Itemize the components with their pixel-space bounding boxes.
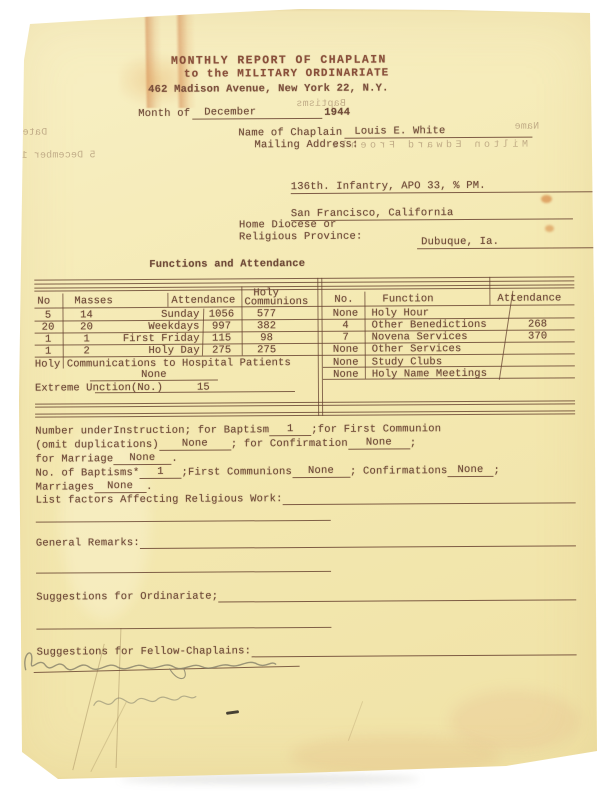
- report-address: 462 Madison Avenue, New York 22, N.Y.: [148, 82, 389, 95]
- baptisms-count-value: 1: [139, 466, 181, 479]
- cell-attendance: 268: [518, 318, 558, 330]
- instruction-text: .: [171, 453, 178, 465]
- ordinariate-label: Suggestions for Ordinariate;: [36, 591, 218, 604]
- cell-no: 20: [35, 321, 62, 333]
- table-vline: [489, 277, 490, 305]
- cell-no: 7: [327, 332, 365, 344]
- bleedthrough-date-label: Date: [22, 128, 47, 140]
- cell-function: Other Benedictions: [372, 319, 487, 332]
- cell-attendance: 370: [518, 330, 558, 342]
- diocese-value-line: Dubuque, Ia.: [365, 223, 601, 261]
- cell-masses: 2: [71, 345, 103, 357]
- table-divider: [321, 278, 323, 416]
- cell-communions: 382: [245, 320, 289, 332]
- year-value: 1944: [324, 107, 350, 119]
- cell-attendance: 275: [204, 344, 240, 356]
- instruction-text: No. of Baptisms*: [35, 467, 139, 480]
- first-communions-count-value: None: [292, 465, 350, 478]
- table-vline: [167, 293, 168, 307]
- general-remarks-blank-line: [140, 545, 576, 549]
- cell-masses: 14: [70, 309, 102, 321]
- signature-word-stroke: [94, 696, 196, 705]
- marriages-count-value: None: [94, 480, 146, 493]
- ordinariate-blank-line: [218, 599, 576, 602]
- cell-function: Holy Hour: [371, 307, 429, 319]
- bleedthrough-date-value: 5 December 1944: [2, 150, 95, 163]
- instruction-text: ; Confirmations: [350, 465, 448, 478]
- cell-function: Novena Services: [372, 331, 468, 344]
- extreme-unction-value: 15: [197, 382, 210, 394]
- instruction-text: Marriages: [36, 481, 95, 493]
- instruction-block: Number underInstruction; for Baptism 1 ;…: [35, 421, 580, 506]
- scanned-document: MONTHLY REPORT OF CHAPLAIN to the MILITA…: [0, 0, 610, 791]
- factors-line: List factors Affecting Religious Work:: [36, 491, 576, 506]
- cell-no: 5: [34, 309, 61, 321]
- factors-blank-line: [283, 502, 576, 505]
- cell-masses: 1: [71, 333, 103, 345]
- month-value: December: [192, 106, 322, 120]
- cell-attendance: 1056: [203, 308, 239, 320]
- col-header: Function: [382, 293, 433, 305]
- cell-function: Other Services: [372, 343, 462, 356]
- diocese-value: Dubuque, Ia.: [417, 235, 601, 249]
- general-remarks-line: General Remarks:: [36, 534, 576, 549]
- cell-function: Holy Name Meetings: [372, 368, 487, 381]
- cell-no: None: [327, 344, 365, 356]
- cell-communions: 98: [245, 332, 289, 344]
- report-title-line2: to the MILITARY ORDINARIATE: [184, 67, 389, 80]
- chaplain-name-label: Name of Chaplain: [238, 127, 342, 140]
- cell-attendance: 997: [204, 320, 240, 332]
- month-label: Month of: [138, 108, 190, 120]
- baptism-under-instruction-value: 1: [269, 423, 311, 436]
- diocese-label-line2: Religious Province:: [239, 231, 363, 244]
- hospital-communions-value: None: [90, 369, 218, 382]
- col-header: Attendance: [497, 292, 561, 304]
- cell-no: None: [326, 308, 364, 320]
- instruction-text: ;First Communions: [181, 466, 292, 479]
- signature-stroke: [25, 651, 276, 670]
- instruction-text: Number underInstruction; for Baptism: [35, 424, 269, 437]
- instruction-text: ;: [410, 437, 417, 449]
- ordinariate-line: Suggestions for Ordinariate;: [36, 588, 576, 603]
- cell-communions: 577: [244, 308, 288, 320]
- cell-no: None: [327, 357, 365, 369]
- col-header: No.: [334, 294, 353, 306]
- attendance-section-title: Functions and Attendance: [149, 258, 305, 271]
- chaplain-name-line: Name of Chaplain Louis E. White: [238, 125, 532, 140]
- cell-no: 1: [35, 333, 62, 345]
- instruction-text: ; for Confirmation: [231, 438, 348, 451]
- paper: MONTHLY REPORT OF CHAPLAIN to the MILITA…: [0, 0, 610, 791]
- attendance-table: No Masses Attendance Holy Communions No.…: [34, 273, 575, 422]
- cell-day: Weekdays: [105, 321, 200, 334]
- diocese-label-line1: Home Diocese or: [239, 219, 337, 232]
- cell-attendance: 115: [204, 332, 240, 344]
- month-line: Month of December 1944: [138, 106, 350, 120]
- first-communion-under-instruction-value: None: [159, 437, 231, 450]
- general-remarks-label: General Remarks:: [36, 537, 140, 550]
- cell-communions: 275: [245, 344, 289, 356]
- marriage-under-instruction-value: None: [113, 452, 171, 465]
- instruction-text: (omit duplications): [35, 439, 159, 452]
- table-divider: [317, 278, 319, 416]
- factors-label: List factors Affecting Religious Work:: [36, 493, 283, 507]
- col-header: Communions: [244, 296, 308, 308]
- signature-bleedthrough: [20, 642, 311, 734]
- section-rule: [36, 627, 331, 630]
- typed-content: MONTHLY REPORT OF CHAPLAIN to the MILITA…: [0, 0, 610, 791]
- cell-function: Study Clubs: [372, 356, 442, 368]
- cell-masses: 20: [71, 321, 103, 333]
- cell-no: 1: [35, 345, 62, 357]
- section-rule: [36, 520, 331, 523]
- col-header: Masses: [74, 295, 112, 307]
- col-header: Attendance: [171, 294, 235, 306]
- instruction-text: for Marriage: [35, 453, 113, 465]
- cell-day: Sunday: [104, 309, 199, 322]
- confirmation-under-instruction-value: None: [348, 436, 410, 449]
- instruction-text: ;for First Communion: [311, 423, 441, 436]
- signature-stroke: [170, 669, 186, 679]
- confirmations-count-value: None: [448, 464, 494, 477]
- cell-day: Holy Day: [105, 345, 200, 358]
- cell-no: 4: [327, 320, 365, 332]
- address-line1-value: 136th. Infantry, APO 33, % PM.: [291, 179, 596, 194]
- extreme-unction-label: Extreme Unction(No.): [35, 382, 163, 395]
- table-vline: [241, 286, 243, 355]
- cell-no: None: [327, 369, 365, 381]
- instruction-text: ;: [494, 465, 501, 477]
- table-vline: [62, 293, 64, 368]
- report-title-line1: MONTHLY REPORT OF CHAPLAIN: [171, 54, 387, 67]
- section-rule: [36, 571, 331, 574]
- chaplain-name-value: Louis E. White: [344, 125, 532, 139]
- cell-day: First Friday: [105, 333, 200, 346]
- instruction-text: .: [146, 481, 153, 493]
- col-header: No: [37, 296, 50, 308]
- paper-edge-right: [601, 0, 610, 791]
- mailing-address-label: Mailing Address:: [254, 139, 358, 152]
